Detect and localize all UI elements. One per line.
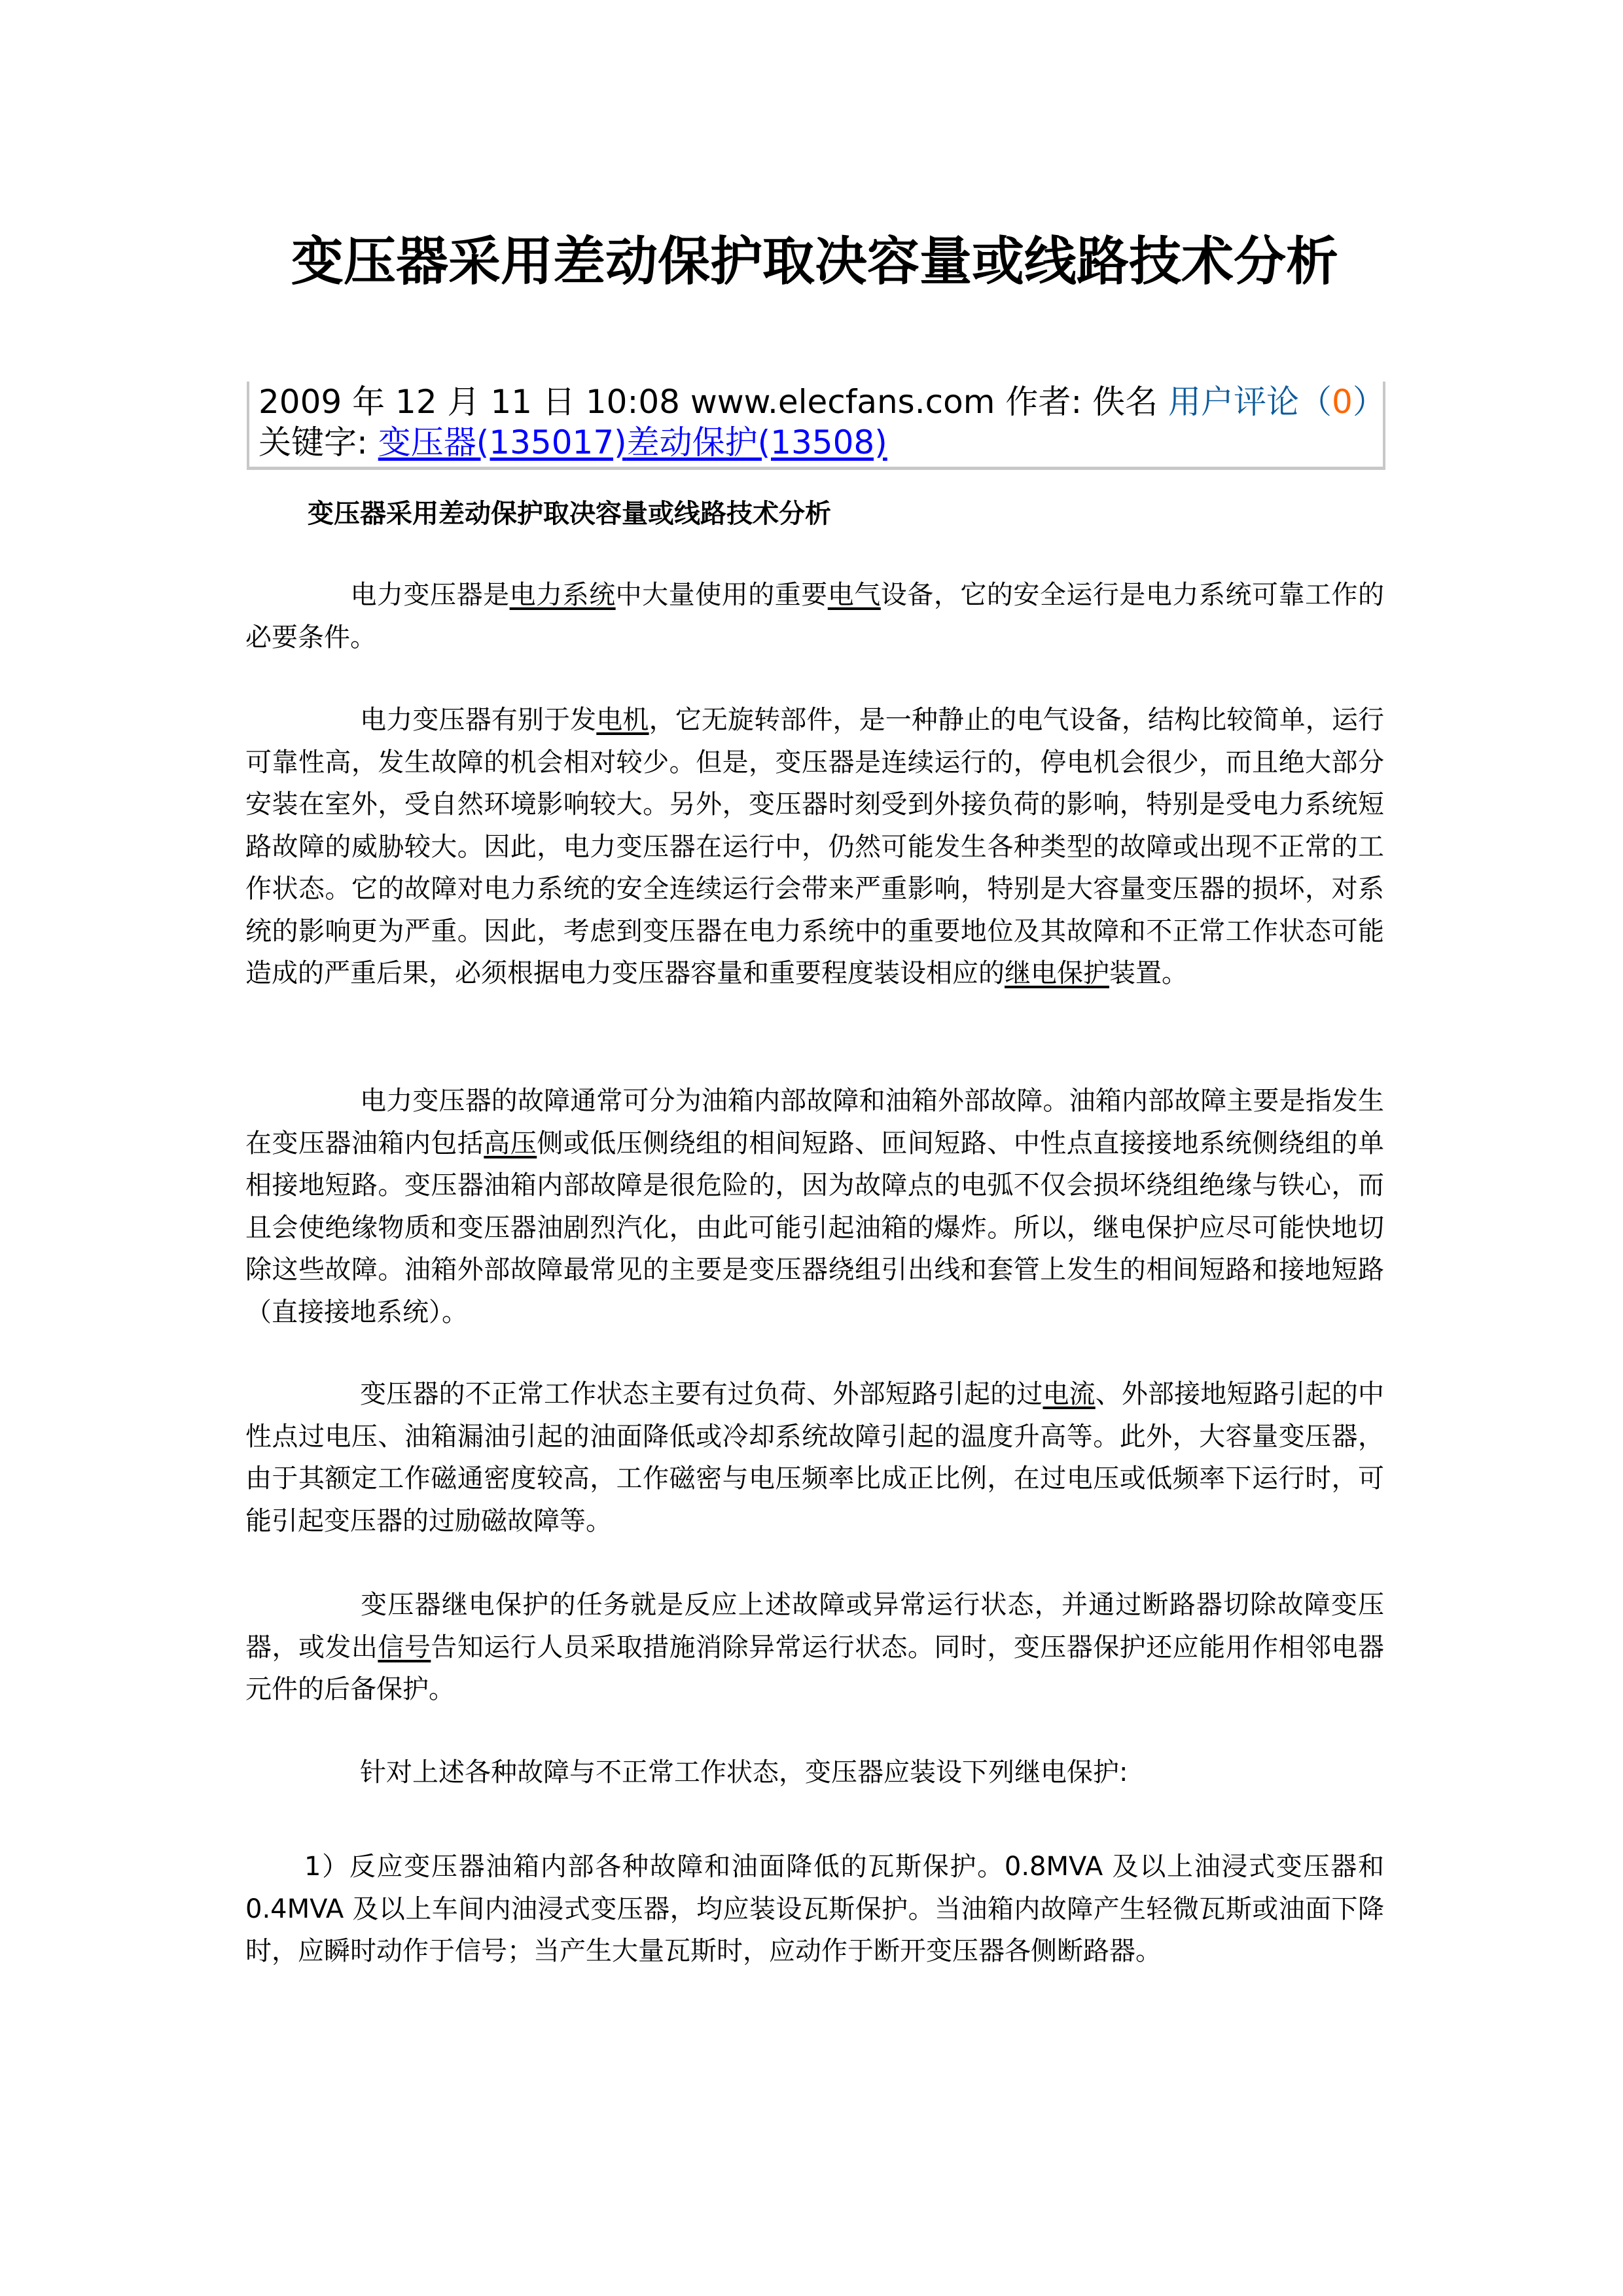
text-segment: 中大量使用的重要 xyxy=(616,580,828,610)
text-segment: 变压器的不正常工作状态主要有过负荷、外部短路引起的过 xyxy=(360,1379,1043,1409)
article-title: 变压器采用差动保护取决容量或线路技术分析 xyxy=(245,216,1384,308)
author-label: 作者: xyxy=(1005,383,1082,421)
text-segment: 电力变压器有别于发 xyxy=(360,705,596,735)
publish-date: 2009 年 12 月 11 日 10:08 xyxy=(259,383,680,421)
article-subtitle: 变压器采用差动保护取决容量或线路技术分析 xyxy=(308,491,831,537)
article-meta-box: 2009 年 12 月 11 日 10:08 www.elecfans.com … xyxy=(247,382,1385,470)
link-electrical[interactable]: 电气 xyxy=(828,580,881,610)
comments-label: 用户评论 xyxy=(1168,383,1299,421)
comments-paren-close: ） xyxy=(1353,383,1385,421)
text-segment: 电力变压器是 xyxy=(350,580,510,610)
keyword-link-transformer[interactable]: 变压器(135017) xyxy=(378,423,627,461)
paragraph-1: 电力变压器是电力系统中大量使用的重要电气设备，它的安全运行是电力系统可靠工作的必… xyxy=(245,574,1384,658)
paragraph-6: 针对上述各种故障与不正常工作状态，变压器应装设下列继电保护: xyxy=(245,1751,1384,1794)
keywords-line: 关键字: 变压器(135017)差动保护(13508) xyxy=(259,422,1383,463)
source-site: www.elecfans.com xyxy=(690,383,995,421)
link-power-system[interactable]: 电力系统 xyxy=(510,580,616,610)
link-high-voltage[interactable]: 高压 xyxy=(484,1128,537,1158)
paragraph-3: 电力变压器的故障通常可分为油箱内部故障和油箱外部故障。油箱内部故障主要是指发生在… xyxy=(245,1080,1384,1333)
paragraph-4: 变压器的不正常工作状态主要有过负荷、外部短路引起的过电流、外部接地短路引起的中性… xyxy=(245,1373,1384,1542)
author-name: 佚名 xyxy=(1092,383,1158,421)
keywords-label: 关键字: xyxy=(259,423,368,461)
link-current[interactable]: 电流 xyxy=(1043,1379,1095,1409)
meta-info-line: 2009 年 12 月 11 日 10:08 www.elecfans.com … xyxy=(259,382,1383,422)
keyword-link-differential-protection[interactable]: 差动保护(13508) xyxy=(627,423,887,461)
paragraph-2: 电力变压器有别于发电机，它无旋转部件，是一种静止的电气设备，结构比较简单，运行可… xyxy=(245,699,1384,995)
text-segment: 装置。 xyxy=(1109,958,1188,988)
text-segment: ，它无旋转部件，是一种静止的电气设备，结构比较简单，运行可靠性高，发生故障的机会… xyxy=(245,705,1384,988)
paragraph-5: 变压器继电保护的任务就是反应上述故障或异常运行状态，并通过断路器切除故障变压器，… xyxy=(245,1584,1384,1711)
link-generator[interactable]: 电机 xyxy=(596,705,649,735)
text-segment: 针对上述各种故障与不正常工作状态，变压器应装设下列继电保护: xyxy=(360,1757,1128,1787)
link-signal[interactable]: 信号 xyxy=(378,1632,431,1662)
text-segment: 1）反应变压器油箱内部各种故障和油面降低的瓦斯保护。0.8MVA 及以上油浸式变… xyxy=(245,1852,1384,1966)
comments-paren-open: （ xyxy=(1299,383,1332,421)
paragraph-7-list-item-1: 1）反应变压器油箱内部各种故障和油面降低的瓦斯保护。0.8MVA 及以上油浸式变… xyxy=(245,1846,1384,1973)
link-relay-protection[interactable]: 继电保护 xyxy=(1005,958,1109,988)
user-comments-link[interactable]: 用户评论（0） xyxy=(1168,383,1385,421)
comments-count: 0 xyxy=(1332,383,1353,421)
